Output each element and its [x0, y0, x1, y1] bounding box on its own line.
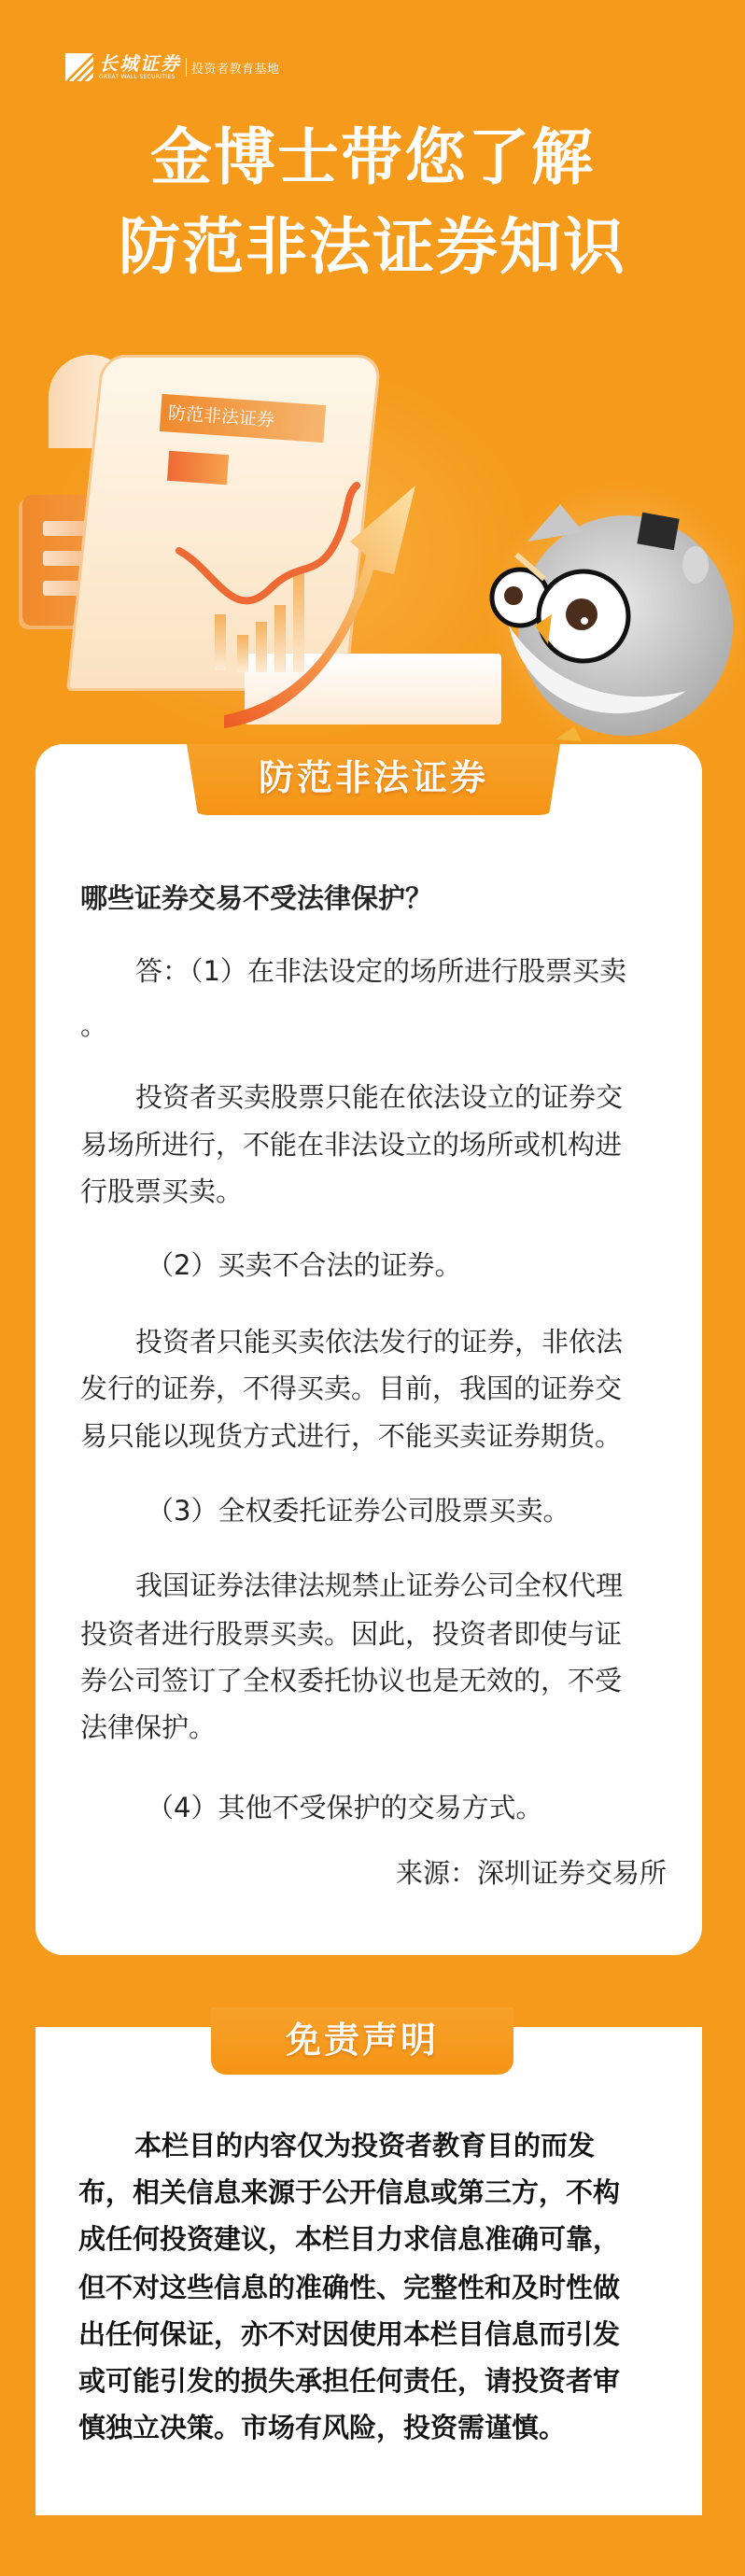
answer-line: 投资者进行股票买卖。因此，投资者即使与证 [80, 1611, 659, 1658]
question-heading: 哪些证券交易不受法律保护？ [80, 875, 659, 922]
answer-item-heading: （2）买卖不合法的证券。 [80, 1242, 659, 1289]
answer-line: 行股票买卖。 [80, 1168, 659, 1216]
answer-line: 发行的证券，不得买卖。目前，我国的证券交 [80, 1365, 659, 1413]
disclaimer-line: 本栏目的内容仅为投资者教育目的而发 [78, 2122, 676, 2170]
answer-item-heading: （3）全权委托证券公司股票买卖。 [80, 1487, 659, 1535]
disclaimer-line: 布，相关信息来源于公开信息或第三方，不构 [78, 2169, 676, 2217]
answer-line: 法律保护。 [80, 1704, 659, 1752]
answer-line: 券公司签订了全权委托协议也是无效的，不受 [80, 1657, 659, 1705]
answer-line: 。 [80, 1002, 659, 1049]
card-title: 防范非法证券 [187, 744, 560, 815]
brand-name-en: GREAT WALL SECURITIES [99, 75, 181, 80]
great-wall-logo-icon [65, 53, 93, 81]
logo-divider [186, 58, 187, 77]
disclaimer-line: 或可能引发的损失承担任何责任，请投资者审 [78, 2358, 676, 2405]
disclaimer-line: 成任何投资建议，本栏目力求信息准确可靠， [78, 2216, 676, 2263]
answer-item-heading: （4）其他不受保护的交易方式。 [80, 1784, 659, 1832]
answer-line: 投资者买卖股票只能在依法设立的证券交 [80, 1074, 659, 1121]
disclaimer-title-tab: 免责声明 [211, 2007, 513, 2075]
page-title-line-2: 防范非法证券知识 [0, 217, 745, 278]
disclaimer-line: 但不对这些信息的准确性、完整性和及时性做 [78, 2264, 676, 2312]
answer-line: 易场所进行，不能在非法设立的场所或机构进 [80, 1121, 659, 1169]
source-attribution: 来源：深圳证券交易所 [80, 1850, 667, 1897]
answer-line: 答：（1）在非法设定的场所进行股票买卖 [80, 948, 659, 995]
answer-line: 投资者只能买卖依法发行的证券，非依法 [80, 1318, 659, 1366]
disclaimer-line: 慎独立决策。市场有风险，投资需谨慎。 [78, 2404, 676, 2452]
owl-mascot-icon [471, 476, 742, 747]
answer-line: 我国证券法律法规禁止证券公司全权代理 [80, 1562, 659, 1610]
answer-line: 易只能以现货方式进行，不能买卖证券期货。 [80, 1413, 659, 1460]
trend-arrow-icon [159, 439, 513, 747]
page-title-line-1: 金博士带您了解 [0, 127, 745, 189]
card-title-tab: 防范非法证券 [187, 744, 560, 815]
disclaimer-line: 出任何保证，亦不对因使用本栏目信息而引发 [78, 2311, 676, 2358]
brand-subtitle: 投资者教育基地 [191, 59, 280, 77]
brand-logo: 长城证券 GREAT WALL SECURITIES 投资者教育基地 [65, 52, 280, 82]
disclaimer-title: 免责声明 [211, 2007, 513, 2075]
brand-name: 长城证券 [99, 54, 181, 73]
